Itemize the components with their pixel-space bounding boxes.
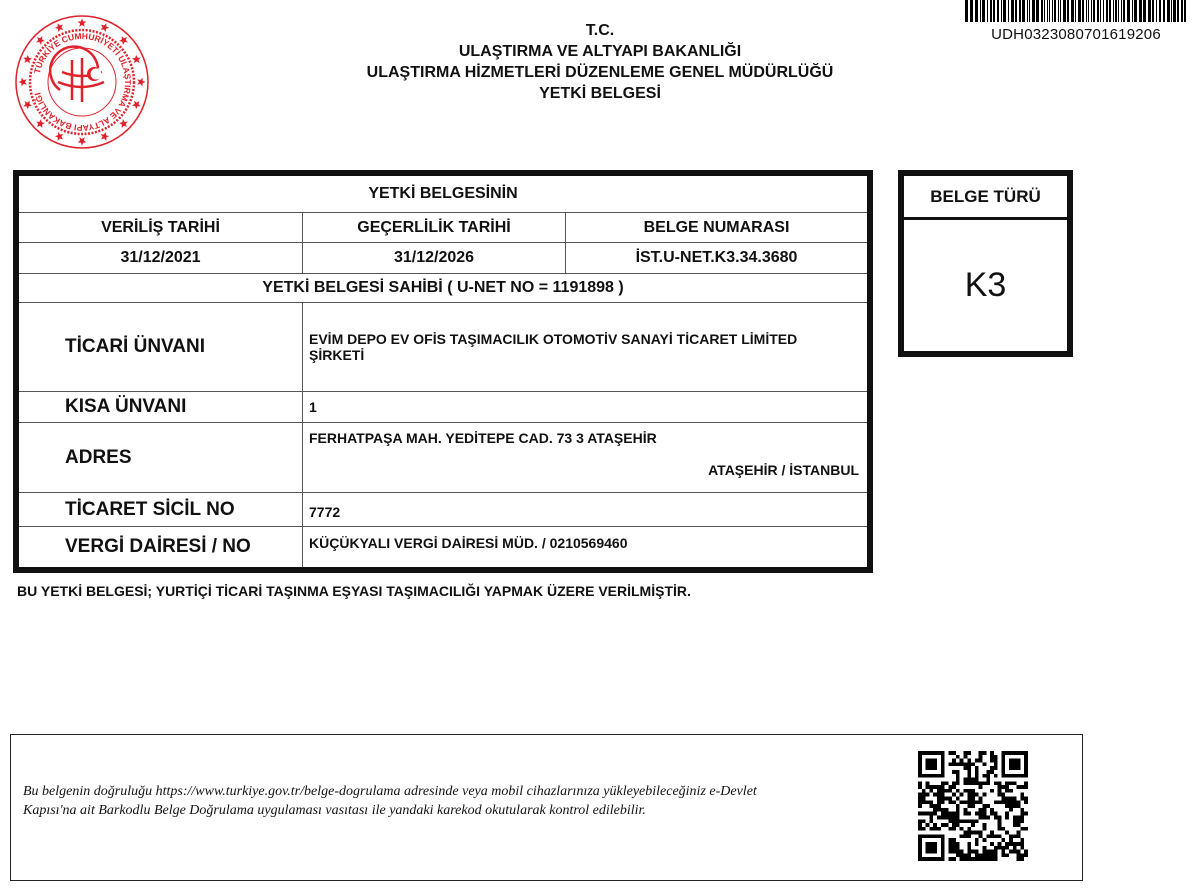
tax-office-row: VERGİ DAİRESİ / NO KÜÇÜKYALI VERGİ DAİRE… [19, 527, 867, 567]
holder-title-row: YETKİ BELGESİ SAHİBİ ( U-NET NO = 119189… [19, 274, 867, 303]
column-header-row: VERİLİŞ TARİHİ GEÇERLİLİK TARİHİ BELGE N… [19, 213, 867, 243]
header-line-tc: T.C. [300, 20, 900, 41]
ministry-seal-logo: TÜRKİYE CUMHURİYETİ ULAŞTIRMA VE ALTYAPI… [12, 10, 152, 158]
header-line-ministry: ULAŞTIRMA VE ALTYAPI BAKANLIĞI [300, 41, 900, 62]
trade-registry-label: TİCARET SİCİL NO [19, 493, 303, 526]
authorization-statement: BU YETKİ BELGESİ; YURTİÇİ TİCARİ TAŞINMA… [17, 583, 691, 599]
verification-box: Bu belgenin doğruluğu https://www.turkiy… [10, 734, 1083, 881]
address-row: ADRES FERHATPAŞA MAH. YEDİTEPE CAD. 73 3… [19, 423, 867, 493]
values-row: 31/12/2021 31/12/2026 İST.U-NET.K3.34.36… [19, 243, 867, 274]
column-document-number: BELGE NUMARASI [566, 213, 867, 242]
validity-date-value: 31/12/2026 [303, 243, 566, 273]
document-number-value: İST.U-NET.K3.34.3680 [566, 243, 867, 273]
address-line-1: FERHATPAŞA MAH. YEDİTEPE CAD. 73 3 ATAŞE… [309, 430, 859, 446]
trade-name-label: TİCARİ ÜNVANI [19, 303, 303, 391]
document-type-box: BELGE TÜRÜ K3 [898, 170, 1073, 357]
certificate-table: YETKİ BELGESİNİN VERİLİŞ TARİHİ GEÇERLİL… [13, 170, 873, 573]
column-issue-date: VERİLİŞ TARİHİ [19, 213, 303, 242]
address-line-2: ATAŞEHİR / İSTANBUL [309, 462, 859, 478]
trade-name-value: EVİM DEPO EV OFİS TAŞIMACILIK OTOMOTİV S… [303, 303, 867, 391]
short-name-value: 1 [303, 392, 867, 422]
issue-date-value: 31/12/2021 [19, 243, 303, 273]
address-value: FERHATPAŞA MAH. YEDİTEPE CAD. 73 3 ATAŞE… [303, 423, 867, 492]
barcode-image [965, 0, 1187, 22]
document-header: T.C. ULAŞTIRMA VE ALTYAPI BAKANLIĞI ULAŞ… [300, 20, 900, 104]
header-line-title: YETKİ BELGESİ [300, 83, 900, 104]
short-name-row: KISA ÜNVANI 1 [19, 392, 867, 423]
tax-office-label: VERGİ DAİRESİ / NO [19, 527, 303, 567]
verification-text: Bu belgenin doğruluğu https://www.turkiy… [23, 782, 757, 820]
section-title: YETKİ BELGESİNİN [19, 176, 867, 212]
document-type-label: BELGE TÜRÜ [904, 176, 1067, 220]
column-validity-date: GEÇERLİLİK TARİHİ [303, 213, 566, 242]
barcode-number: UDH0323080701619206 [965, 26, 1187, 43]
qr-code-icon [918, 751, 1028, 861]
verification-line-1: Bu belgenin doğruluğu https://www.turkiy… [23, 782, 757, 801]
address-label: ADRES [19, 423, 303, 492]
tax-office-value: KÜÇÜKYALI VERGİ DAİRESİ MÜD. / 021056946… [303, 527, 867, 567]
section-title-row: YETKİ BELGESİNİN [19, 176, 867, 213]
trade-registry-value: 7772 [303, 493, 867, 526]
header-line-directorate: ULAŞTIRMA HİZMETLERİ DÜZENLEME GENEL MÜD… [300, 62, 900, 83]
short-name-label: KISA ÜNVANI [19, 392, 303, 422]
holder-title: YETKİ BELGESİ SAHİBİ ( U-NET NO = 119189… [19, 274, 867, 302]
trade-registry-row: TİCARET SİCİL NO 7772 [19, 493, 867, 527]
document-type-value: K3 [904, 220, 1067, 351]
trade-name-row: TİCARİ ÜNVANI EVİM DEPO EV OFİS TAŞIMACI… [19, 303, 867, 392]
verification-line-2: Kapısı'na ait Barkodlu Belge Doğrulama u… [23, 801, 757, 820]
